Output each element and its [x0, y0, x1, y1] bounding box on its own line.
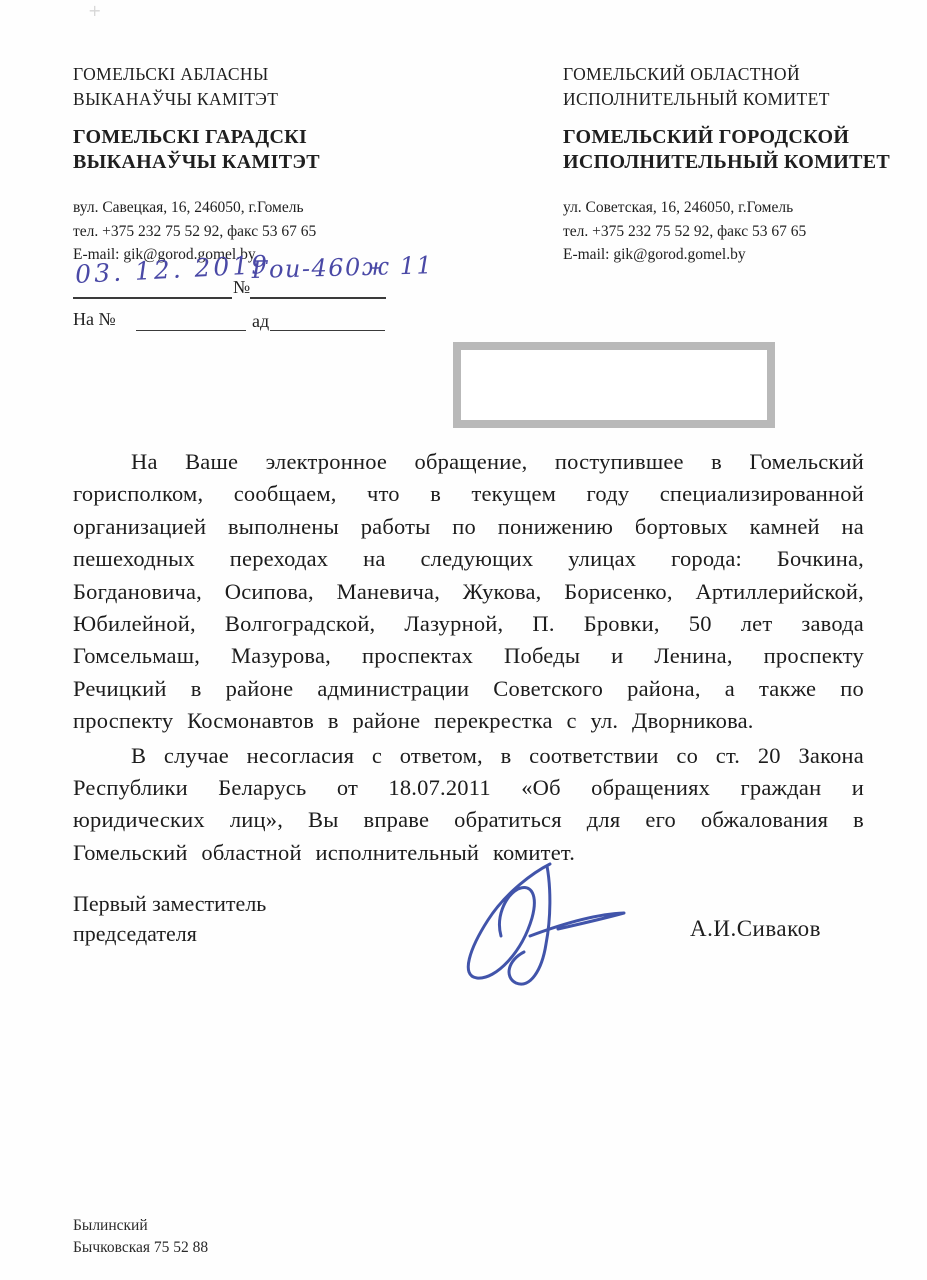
- parent-org-name-line1: ГОМЕЛЬСКИЙ ОБЛАСТНОЙ: [563, 62, 903, 87]
- parent-org-name-line2: ИСПОЛНИТЕЛЬНЫЙ КОМИТЕТ: [563, 87, 903, 112]
- date-blank-line: [73, 297, 232, 299]
- org-phone: тел. +375 232 75 52 92, факс 53 67 65: [563, 220, 903, 244]
- letter-body: На Ваше электронное обращение, поступивш…: [73, 446, 864, 869]
- handwritten-outgoing-number: Гои-460ж 11: [251, 251, 433, 284]
- signer-name: А.И.Сиваков: [690, 916, 821, 942]
- executor-name: Былинский: [73, 1215, 208, 1237]
- signature-ink: [438, 856, 630, 992]
- redacted-addressee-box: [453, 342, 775, 428]
- signer-position-line1: Первый заместитель: [73, 889, 266, 919]
- reply-from-date-label: ад: [252, 311, 269, 332]
- org-address: ул. Советская, 16, 246050, г.Гомель: [563, 196, 903, 220]
- org-email: E-mail: gik@gorod.gomel.by: [563, 243, 903, 267]
- letterhead-russian: ГОМЕЛЬСКИЙ ОБЛАСТНОЙ ИСПОЛНИТЕЛЬНЫЙ КОМИ…: [563, 62, 903, 267]
- reply-number-blank-line: [136, 330, 246, 331]
- org-name-line1: ГОМЕЛЬСКИЙ ГОРОДСКОЙ: [563, 125, 903, 150]
- signer-position-line2: председателя: [73, 919, 266, 949]
- body-paragraph-1: На Ваше электронное обращение, поступивш…: [73, 446, 864, 738]
- letterhead-belarusian: ГОМЕЛЬСКІ АБЛАСНЫ ВЫКАНАЎЧЫ КАМІТЭТ ГОМЕ…: [73, 62, 493, 267]
- reply-date-blank-line: [270, 330, 385, 331]
- number-blank-line: [250, 297, 386, 299]
- org-address: вул. Савецкая, 16, 246050, г.Гомель: [73, 196, 493, 220]
- scan-registration-mark: +: [88, 1, 101, 20]
- executor-block: Былинский Бычковская 75 52 88: [73, 1215, 208, 1258]
- reply-to-number-label: На №: [73, 309, 116, 330]
- org-name-line2: ИСПОЛНИТЕЛЬНЫЙ КОМИТЕТ: [563, 150, 903, 175]
- executor-phone: Бычковская 75 52 88: [73, 1237, 208, 1259]
- org-name-line1: ГОМЕЛЬСКІ ГАРАДСКІ: [73, 125, 493, 150]
- parent-org-name-line2: ВЫКАНАЎЧЫ КАМІТЭТ: [73, 87, 493, 112]
- org-name-line2: ВЫКАНАЎЧЫ КАМІТЭТ: [73, 150, 493, 175]
- number-sign-label: №: [233, 277, 250, 298]
- signer-position: Первый заместитель председателя: [73, 889, 266, 949]
- body-paragraph-2: В случае несогласия с ответом, в соответ…: [73, 740, 864, 870]
- scanned-letter-page: + ГОМЕЛЬСКІ АБЛАСНЫ ВЫКАНАЎЧЫ КАМІТЭТ ГО…: [0, 0, 927, 1280]
- org-phone: тел. +375 232 75 52 92, факс 53 67 65: [73, 220, 493, 244]
- parent-org-name-line1: ГОМЕЛЬСКІ АБЛАСНЫ: [73, 62, 493, 87]
